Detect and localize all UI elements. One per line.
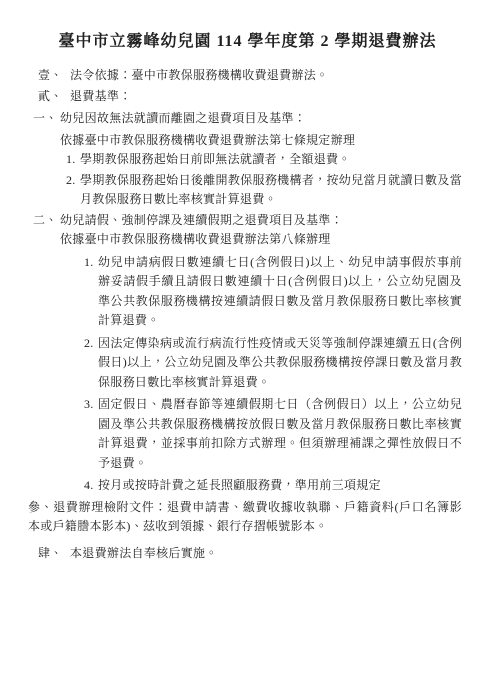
section-effective: 肆、本退費辦法自奉核后實施。: [38, 544, 462, 564]
section-refund-standard-label: 貳、: [38, 87, 70, 107]
withdrawal-legal-basis: 依據臺中市教保服務機構收費退費辦法第七條規定辦理: [60, 131, 462, 151]
section-documents-label: 參、: [28, 500, 53, 514]
leave-item-3-text: 固定假日、農曆春節等連續假期七日（含例假日）以上，公立幼兒園及準公共教保服務機構…: [98, 397, 462, 470]
section-law-basis: 壹、法令依據：臺中市教保服務機構收費退費辦法。: [38, 66, 462, 86]
subsection-withdrawal-text: 幼兒因故無法就讀而離園之退費項目及基準：: [60, 111, 306, 125]
leave-item-1-text: 幼兒申請病假日數連續七日(含例假日)以上、幼兒申請事假於事前辦妥請假手續且請假日…: [98, 255, 462, 328]
subsection-withdrawal-label: 一、: [33, 109, 60, 129]
document-page: 臺中市立霧峰幼兒園 114 學年度第 2 學期退費辦法 壹、法令依據：臺中市教保…: [0, 0, 495, 700]
leave-item-4-text: 按月或按時計費之延長照顧服務費，準用前三項規定: [98, 478, 381, 492]
section-refund-standard-text: 退費基準：: [70, 89, 132, 103]
section-law-basis-label: 壹、: [38, 66, 70, 86]
section-effective-label: 肆、: [38, 544, 70, 564]
withdrawal-item-1-number: 1.: [66, 150, 76, 170]
leave-item-3-number: 3.: [84, 395, 94, 415]
withdrawal-item-1: 1.學期教保服務起始日前即無法就讀者，全額退費。: [66, 150, 462, 170]
document-title: 臺中市立霧峰幼兒園 114 學年度第 2 學期退費辦法: [0, 30, 495, 53]
leave-item-1-number: 1.: [84, 253, 94, 273]
subsection-withdrawal-heading: 一、幼兒因故無法就讀而離園之退費項目及基準：: [33, 109, 462, 129]
section-documents-required: 參、退費辦理檢附文件：退費申請書、繳費收據收執聯、戶籍資料(戶口名簿影本或戶籍謄…: [28, 498, 462, 537]
leave-item-3: 3.固定假日、農曆春節等連續假期七日（含例假日）以上，公立幼兒園及準公共教保服務…: [84, 395, 462, 473]
withdrawal-item-2: 2.學期教保服務起始日後離開教保服務機構者，按幼兒當月就讀日數及當月教保服務日數…: [66, 171, 462, 210]
subsection-leave-label: 二、: [33, 211, 60, 231]
section-refund-standard-heading: 貳、退費基準：: [38, 87, 462, 107]
leave-item-4: 4.按月或按時計費之延長照顧服務費，準用前三項規定: [84, 476, 462, 496]
subsection-leave-heading: 二、幼兒請假、強制停課及連續假期之退費項目及基準：: [33, 211, 462, 231]
section-documents-text: 退費辦理檢附文件：退費申請書、繳費收據收執聯、戶籍資料(戶口名簿影本或戶籍謄本影…: [28, 500, 462, 534]
leave-item-2-number: 2.: [84, 334, 94, 354]
withdrawal-item-2-text: 學期教保服務起始日後離開教保服務機構者，按幼兒當月就讀日數及當月教保服務日數比率…: [80, 173, 462, 207]
section-law-basis-text: 法令依據：臺中市教保服務機構收費退費辦法。: [70, 68, 328, 82]
leave-item-4-number: 4.: [84, 476, 94, 496]
section-effective-text: 本退費辦法自奉核后實施。: [70, 546, 218, 560]
leave-item-1: 1.幼兒申請病假日數連續七日(含例假日)以上、幼兒申請事假於事前辦妥請假手續且請…: [84, 253, 462, 331]
leave-item-2-text: 因法定傳染病或流行病流行性疫情或天災等強制停課連續五日(含例假日)以上，公立幼兒…: [98, 336, 462, 389]
subsection-leave-text: 幼兒請假、強制停課及連續假期之退費項目及基準：: [60, 213, 343, 227]
leave-legal-basis: 依據臺中市教保服務機構收費退費辦法第八條辦理: [60, 230, 462, 250]
leave-item-2: 2.因法定傳染病或流行病流行性疫情或天災等強制停課連續五日(含例假日)以上，公立…: [84, 334, 462, 393]
withdrawal-item-1-text: 學期教保服務起始日前即無法就讀者，全額退費。: [80, 152, 351, 166]
withdrawal-item-2-number: 2.: [66, 171, 76, 191]
